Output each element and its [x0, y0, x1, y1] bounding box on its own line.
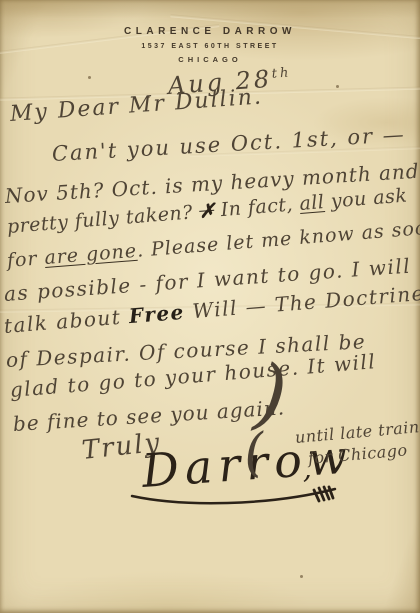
paper-speck [88, 76, 91, 79]
line-text: talk about [3, 304, 130, 338]
underlined-words: are gone [44, 240, 138, 269]
salutation: My Dear Mr Dullin. [9, 84, 263, 127]
paper-speck [300, 575, 303, 578]
underlined-word: all [299, 191, 326, 215]
line-text: pretty fully taken? [6, 201, 200, 238]
letter-line: Can't you use Oct. 1st, or — [51, 122, 406, 166]
paper-speck [336, 85, 339, 88]
line-text: In fact, [213, 193, 300, 222]
flourish-paren-open-icon: ( [242, 423, 266, 484]
letterhead-name: CLARENCE DARROW [0, 26, 420, 37]
signature-flourish [128, 480, 346, 514]
letterhead-address: 1537 EAST 60TH STREET [0, 43, 420, 50]
emphasized-word: Free [128, 300, 186, 328]
date-suffix: th [271, 65, 292, 81]
scribbled-out-word: ✗ [198, 200, 215, 223]
letterhead-city: CHICAGO [0, 55, 420, 64]
letter-page: CLARENCE DARROW 1537 EAST 60TH STREET CH… [0, 0, 420, 613]
line-text: for [6, 247, 45, 272]
letterhead: CLARENCE DARROW 1537 EAST 60TH STREET CH… [0, 26, 420, 64]
line-text: you ask [324, 185, 409, 213]
